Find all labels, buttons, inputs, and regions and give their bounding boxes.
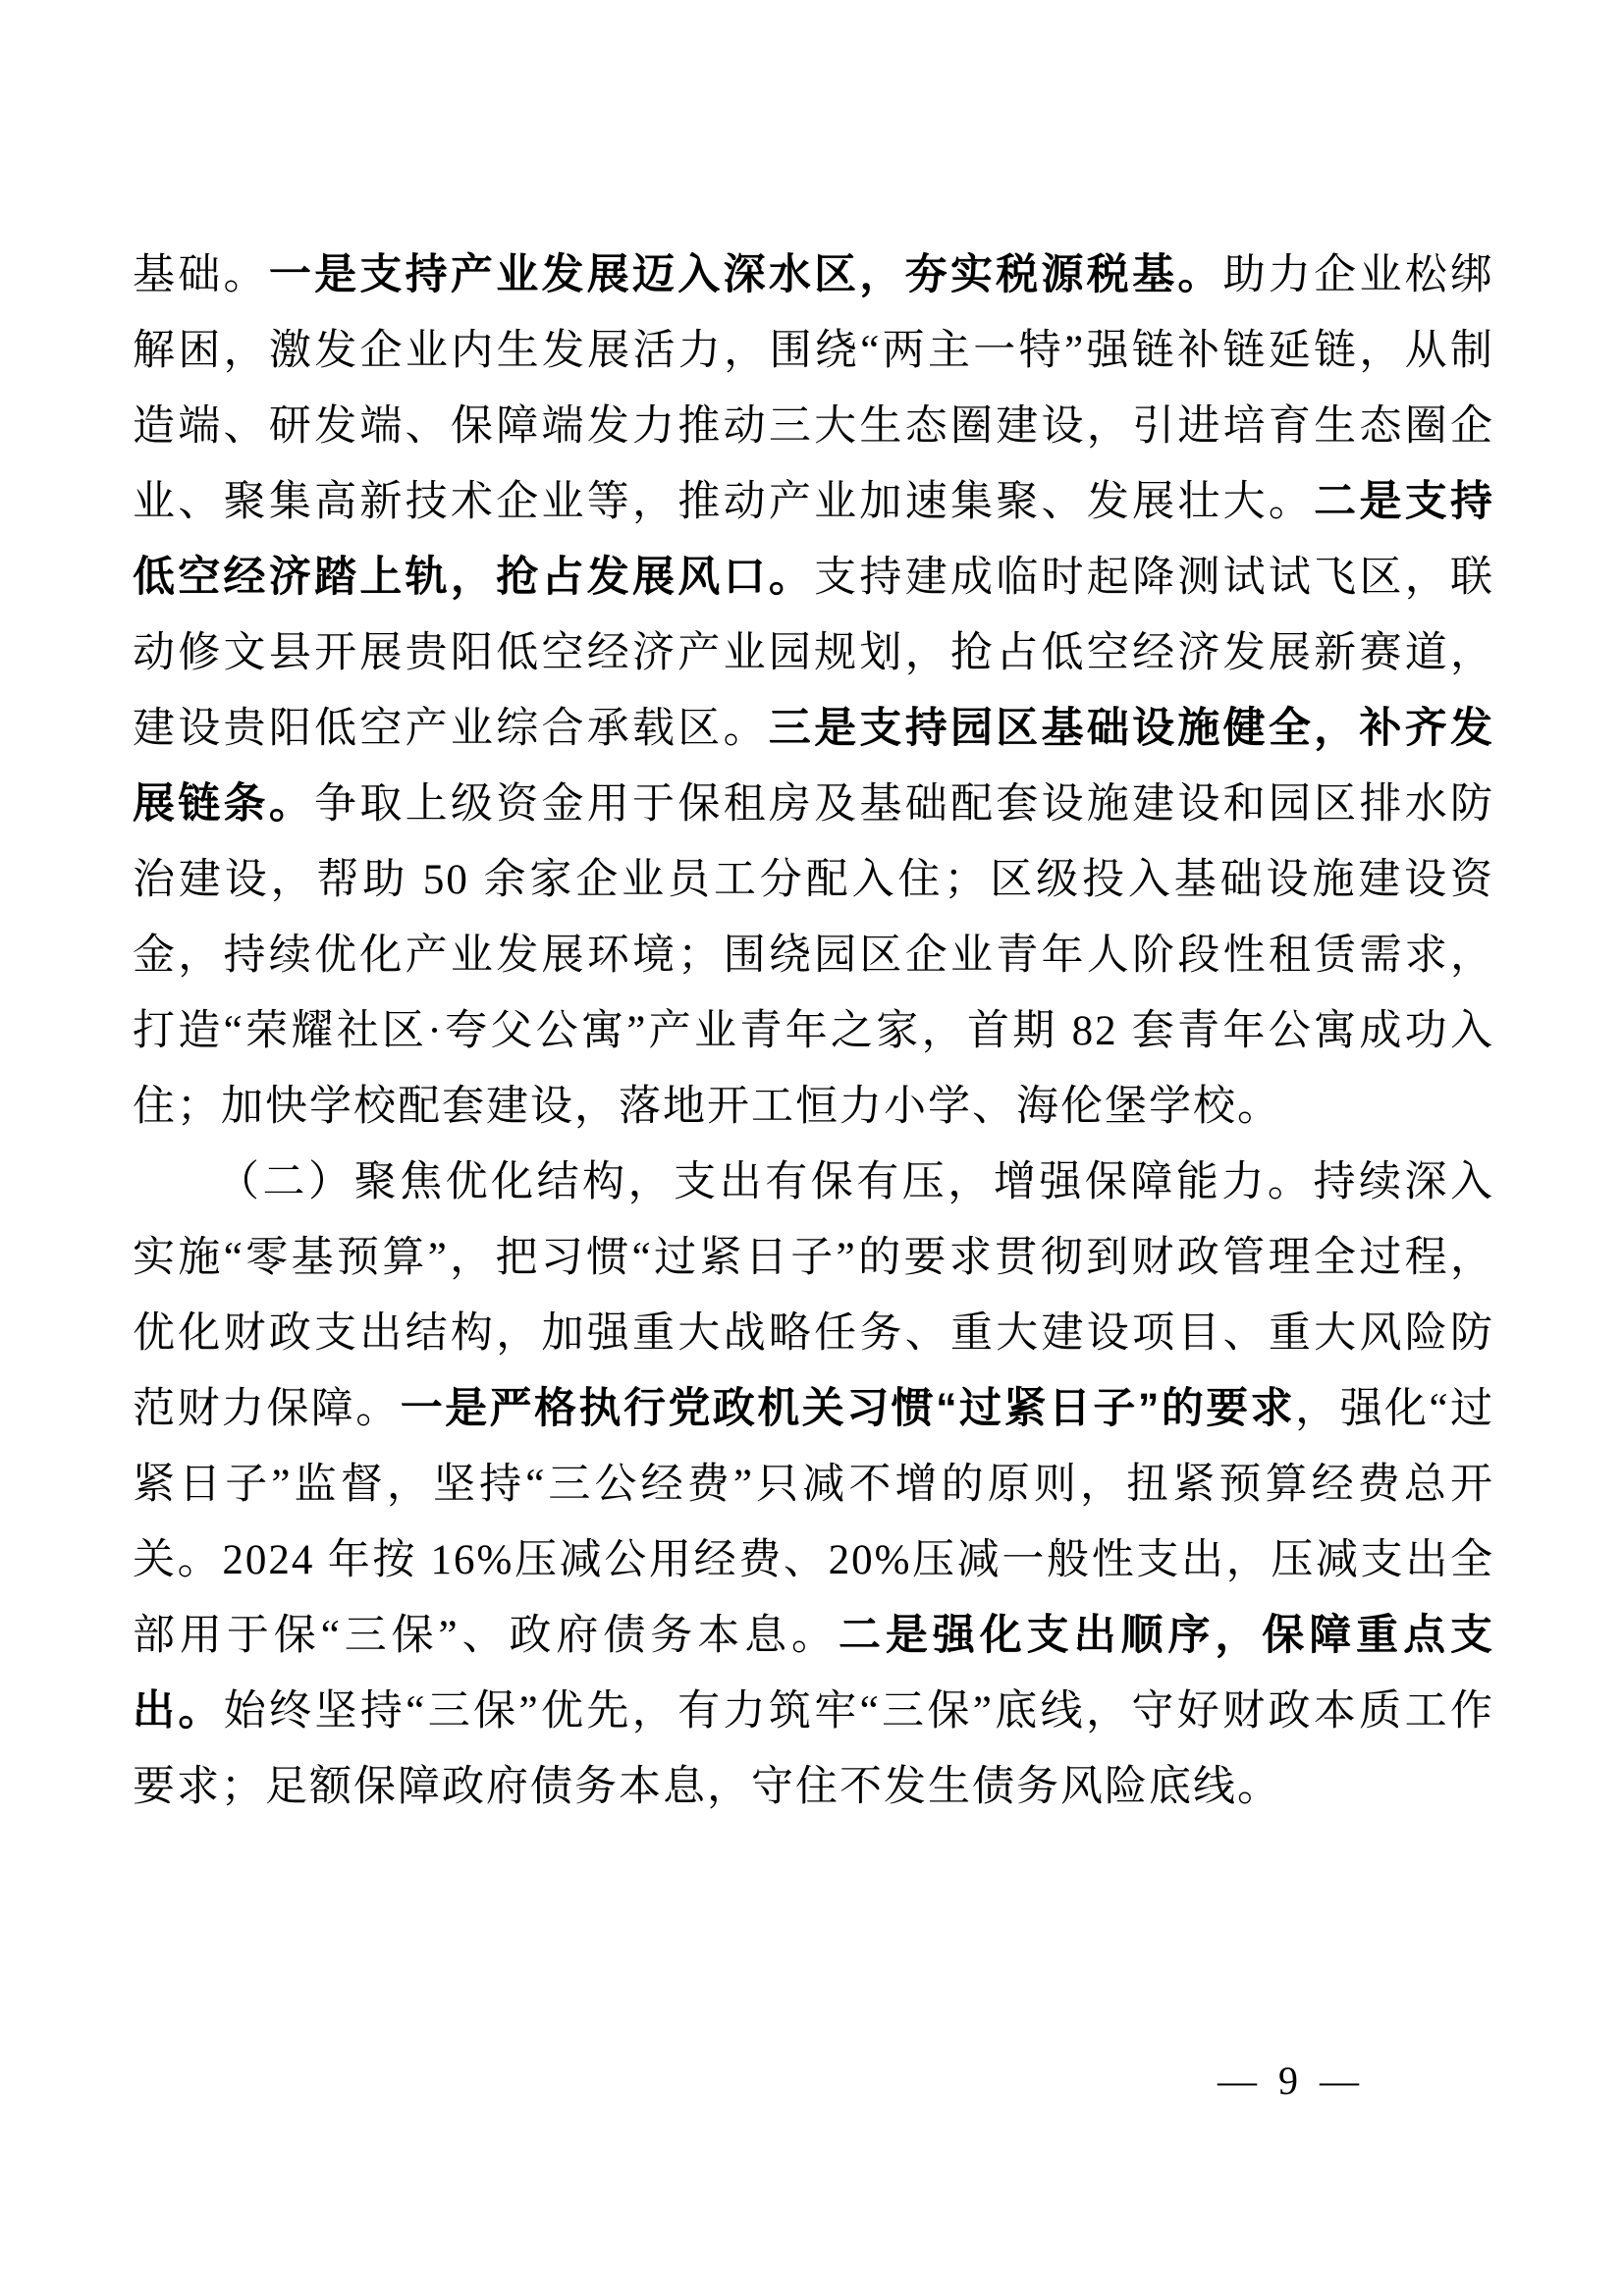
page-number: — 9 —: [1218, 2057, 1365, 2104]
bold-text-run: 一是支持产业发展迈入深水区，夯实税源税基。: [269, 251, 1223, 298]
paragraph-optimize-structure: （二）聚焦优化结构，支出有保有压，增强保障能力。持续深入实施“零基预算”，把习惯…: [133, 1145, 1494, 1825]
bold-text-run: 一是严格执行党政机关习惯“过紧日子”的要求: [401, 1385, 1295, 1432]
text-run: 争取上级资金用于保租房及基础配套设施建设和园区排水防治建设，帮助 50 余家企业…: [133, 781, 1494, 1130]
text-run: （二）聚焦优化结构，支出有保有压，增强保障能力。: [217, 1159, 1313, 1205]
document-body: 基础。一是支持产业发展迈入深水区，夯实税源税基。助力企业松绑解困，激发企业内生发…: [133, 238, 1494, 1825]
paragraph-industry-support: 基础。一是支持产业发展迈入深水区，夯实税源税基。助力企业松绑解困，激发企业内生发…: [133, 238, 1494, 1145]
document-page: 基础。一是支持产业发展迈入深水区，夯实税源税基。助力企业松绑解困，激发企业内生发…: [0, 0, 1624, 2296]
text-run: 基础。: [133, 252, 269, 298]
text-run: 始终坚持“三保”优先，有力筑牢“三保”底线，守好财政本质工作要求；足额保障政府债…: [133, 1688, 1494, 1810]
